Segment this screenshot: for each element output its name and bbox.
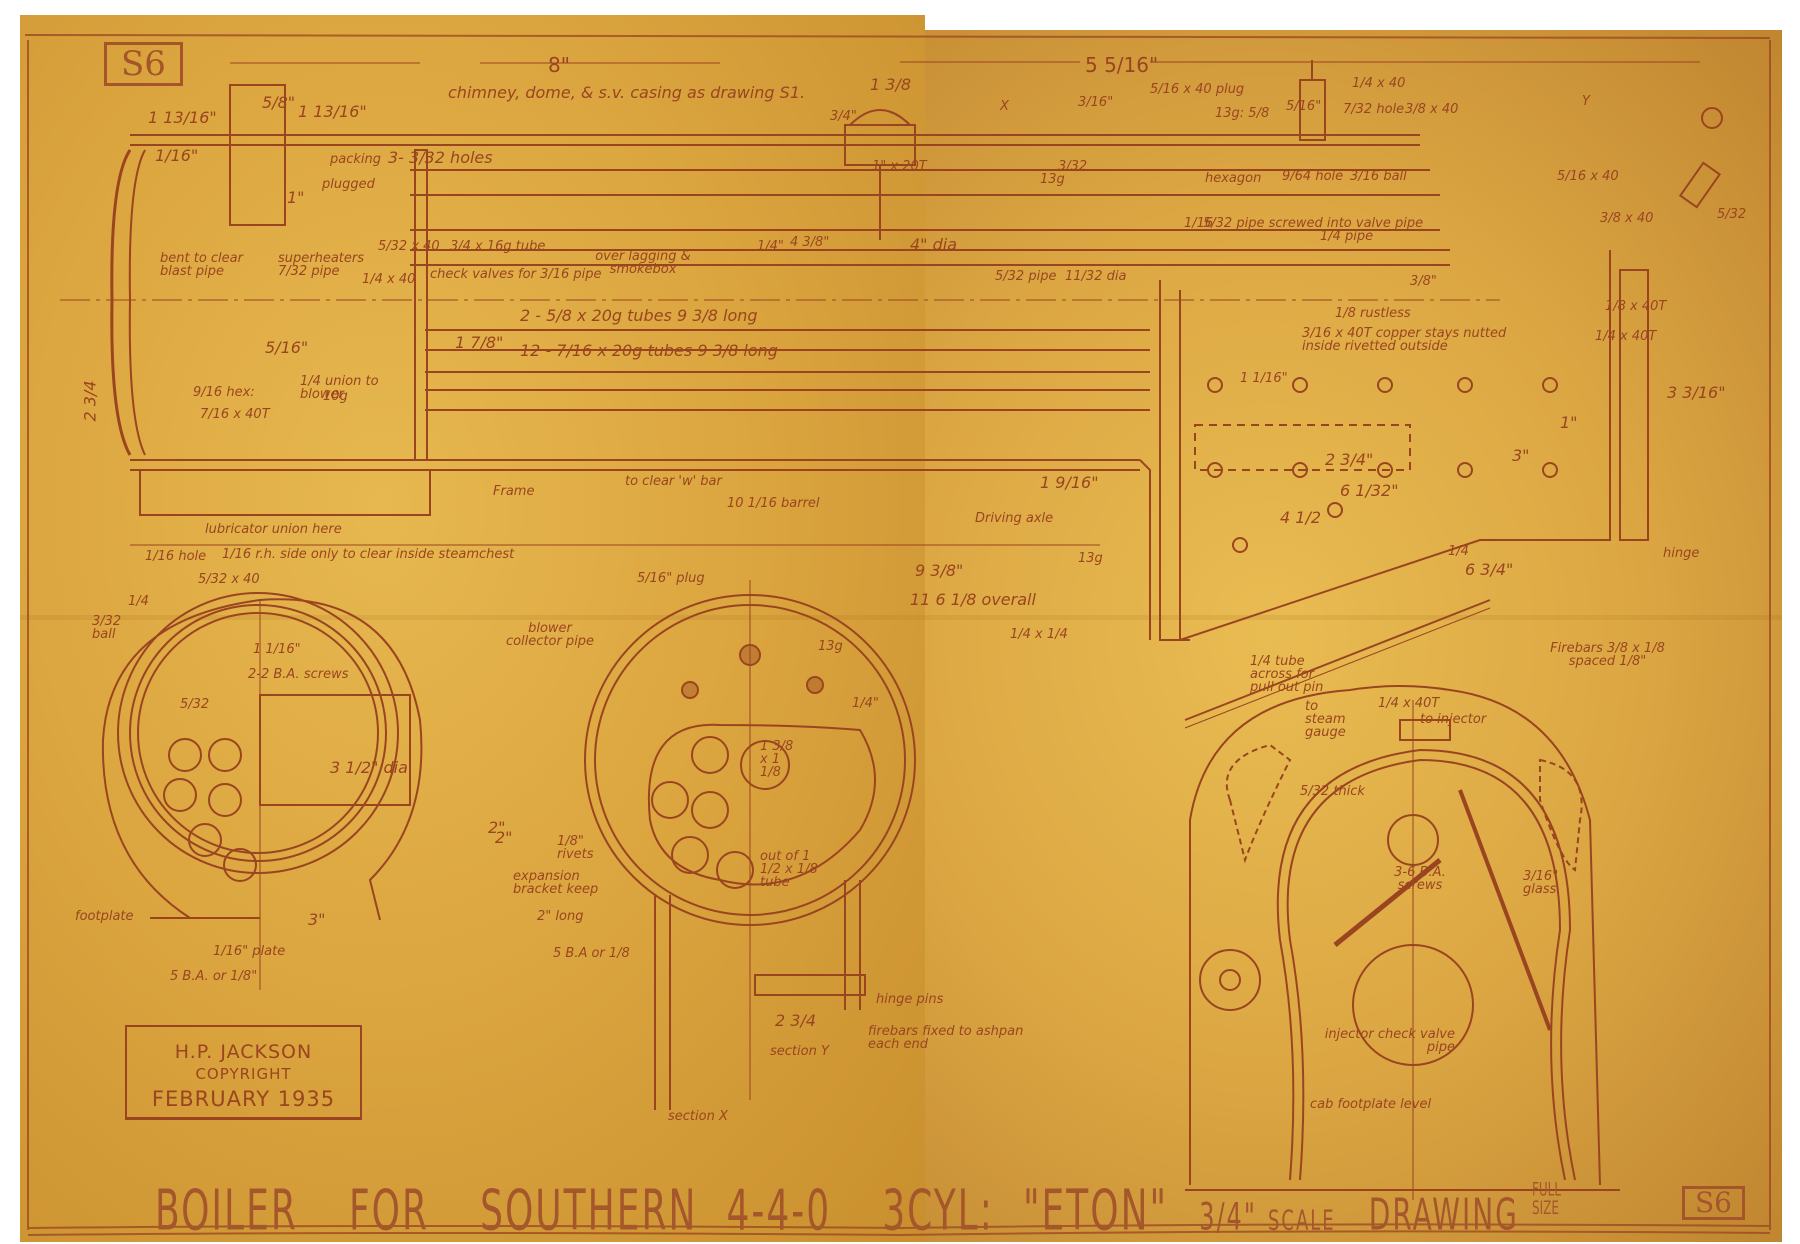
drawing-title: BOILER FOR SOUTHERN 4-4-0 3CYL: "ETON" 3… <box>155 1180 1567 1244</box>
note-1-4x40-top: 1/4 x 40 <box>1352 77 1405 90</box>
note-hinge: hinge <box>1663 547 1699 560</box>
bh-thick: 5/32 thick <box>1300 785 1365 798</box>
dim-1-1-16: 1 1/16" <box>1240 372 1288 385</box>
note-holes: 3- 3/32 holes <box>388 150 493 166</box>
note-lagging: over lagging & smokebox <box>593 250 693 276</box>
sb-dia: 3 1/2" dia <box>330 760 408 776</box>
sx-blower: blower collector pipe <box>500 622 600 648</box>
sb-5-32: 5/32 <box>180 698 209 711</box>
sx-2-3-4: 2 3/4 <box>775 1013 816 1029</box>
dim-13g: 13g <box>1040 173 1065 186</box>
sx-out-of: out of 1 1/2 x 1/8 tube <box>760 850 820 889</box>
note-1-4x40: 1/4 x 40 <box>362 273 415 286</box>
note-barrel: 10 1/16 barrel <box>727 497 820 510</box>
dim-overall-top: 8" <box>548 55 570 75</box>
title-word-1: BOILER <box>155 1180 298 1244</box>
dim-2-3-4: 2 3/4" <box>1325 452 1373 468</box>
section-y-label: section Y <box>770 1045 829 1058</box>
sb-5-32x40: 5/32 x 40 <box>198 573 260 586</box>
note-overall: 11 6 1/8 overall <box>910 592 1036 608</box>
note-9-64-hole: 9/64 hole <box>1282 170 1343 183</box>
note-chimney: chimney, dome, & s.v. casing as drawing … <box>448 85 805 101</box>
note-1x20t: 1" x 20T <box>872 160 927 173</box>
note-13g-5-8: 13g: 5/8 <box>1215 107 1269 120</box>
sx-plug: 5/16" plug <box>637 572 705 585</box>
sb-3: 3" <box>308 912 326 928</box>
note-5-16x40: 5/16 x 40 <box>1557 170 1619 183</box>
note-bent: bent to clear blast pipe <box>160 252 250 278</box>
date: FEBRUARY 1935 <box>127 1087 360 1111</box>
note-firebars: Firebars 3/8 x 1/8 spaced 1/8" <box>1545 642 1670 668</box>
dim-9-3-8: 9 3/8" <box>915 563 963 579</box>
note-5-32x40: 5/32 x 40 <box>378 240 440 253</box>
sx-2-long: 2" long <box>537 910 583 923</box>
section-x <box>585 580 915 1110</box>
sx-1-3-8: 1 3/8 x 1 1/8 <box>760 740 800 779</box>
note-w-bar: to clear 'w' bar <box>625 475 722 488</box>
bh-1-4x40t: 1/4 x 40T <box>1378 697 1439 710</box>
note-superheaters: superheaters 7/32 pipe <box>278 252 373 278</box>
sx-hinge-pins: hinge pins <box>876 993 943 1006</box>
section-x-label: section X <box>668 1110 728 1123</box>
sx-ba: 5 B.A or 1/8 <box>553 947 630 960</box>
scale-word: SCALE <box>1268 1205 1336 1238</box>
dim-1: 1" <box>1560 415 1578 431</box>
sx-13g: 13g <box>818 640 843 653</box>
note-11-32-dia: 11/32 dia <box>1065 270 1126 283</box>
note-5-16: 5/16" <box>1286 100 1321 113</box>
note-hexagon: hexagon <box>1205 172 1261 185</box>
sheet-id-bottom: S6 <box>1682 1186 1745 1220</box>
dim-left-1: 1 13/16" <box>148 110 217 126</box>
note-frame: Frame <box>493 485 534 498</box>
sb-ball: 3/32 ball <box>92 615 132 641</box>
dim-3-8x40-right: 3/8 x 40 <box>1600 212 1653 225</box>
dim-5-32-right: 5/32 <box>1717 208 1746 221</box>
note-3-8x40: 3/8 x 40 <box>1405 103 1458 116</box>
note-10g: 10g <box>323 390 348 403</box>
title-word-6: "ETON" <box>1023 1180 1168 1244</box>
note-small-tubes: 12 - 7/16 x 20g tubes 9 3/8 long <box>520 343 778 359</box>
title-word-3: SOUTHERN <box>480 1180 697 1244</box>
sx-firebars: firebars fixed to ashpan each end <box>868 1025 1033 1051</box>
bh-check-valve: injector check valve pipe <box>1315 1028 1455 1054</box>
bh-injector: to injector <box>1420 713 1486 726</box>
sb-plate: 1/16" plate <box>213 945 285 958</box>
sx-bracket: expansion bracket keep <box>513 870 603 896</box>
dim-4-3-8: 4 3/8" <box>790 236 829 249</box>
dim-1-4: 1/4 <box>1448 545 1469 558</box>
sx-rivets: 1/8" rivets <box>557 835 602 861</box>
sb-1-4: 1/4 <box>128 595 149 608</box>
dim-3-32: 3/32 <box>1058 160 1087 173</box>
dim-6-1-32: 6 1/32" <box>1340 483 1399 499</box>
note-4-dia: 4" dia <box>910 237 957 253</box>
sb-ba: 5 B.A. or 1/8" <box>170 970 257 983</box>
note-rh-side: 1/16 r.h. side only to clear inside stea… <box>222 548 514 561</box>
note-1-8x40t: 1/8 x 40T <box>1605 300 1666 313</box>
dim-1-7-8: 1 7/8" <box>455 335 503 351</box>
note-5-32-pipe: 5/32 pipe <box>995 270 1056 283</box>
note-7-16x40t: 7/16 x 40T <box>200 408 270 421</box>
note-tube: 3/4 x 16g tube <box>450 240 545 253</box>
note-1-16: 1/16 <box>1184 217 1213 230</box>
title-block: H.P. JACKSON COPYRIGHT FEBRUARY 1935 <box>125 1025 362 1120</box>
dim-one-inch: 1" <box>287 190 305 206</box>
sb-1-1-16: 1 1/16" <box>253 643 301 656</box>
dim-1-9-16: 1 9/16" <box>1040 475 1099 491</box>
note-1-4x40t: 1/4 x 40T <box>1595 330 1656 343</box>
sb-footplate: footplate <box>75 910 134 923</box>
title-word-4: 4-4-0 <box>726 1180 831 1244</box>
copyright: COPYRIGHT <box>127 1065 360 1083</box>
dim-4-1-2: 4 1/2 <box>1280 510 1321 526</box>
note-lubricator: lubricator union here <box>205 523 342 536</box>
note-3-8: 3/8" <box>1410 275 1437 288</box>
sx-2: 2" <box>488 820 506 836</box>
dim-3-4: 3/4" <box>830 110 857 123</box>
drawing-word: DRAWING <box>1369 1189 1519 1240</box>
title-word-2: FOR <box>349 1180 429 1244</box>
marker-y: Y <box>1582 95 1590 108</box>
note-valve-pipe: 5/32 pipe screwed into valve pipe <box>1203 217 1423 230</box>
dim-3: 3" <box>1512 448 1530 464</box>
note-plugged: plugged <box>322 178 375 191</box>
dim-height-left: 2 3/4 <box>83 380 99 421</box>
dim-5-16: 5/16" <box>265 340 308 356</box>
author: H.P. JACKSON <box>127 1041 360 1063</box>
dim-quarter: 1/4" <box>757 240 784 253</box>
sheet-id-top: S6 <box>104 42 183 86</box>
note-hex: 9/16 hex: <box>193 386 255 399</box>
sx-1-4: 1/4" <box>852 697 879 710</box>
note-packing: packing <box>330 153 381 166</box>
sb-screws: 2-2 B.A. screws <box>248 668 348 681</box>
note-7-32-hole: 7/32 hole <box>1343 103 1404 116</box>
dim-left-3: 1 13/16" <box>298 104 367 120</box>
scale-fraction: 3/4" <box>1199 1196 1257 1239</box>
note-check-valves: check valves for 3/16 pipe <box>430 268 602 281</box>
full-size-line1: FULL <box>1532 1180 1561 1199</box>
bh-steam-gauge: to steam gauge <box>1305 700 1360 739</box>
backhead-view <box>1185 686 1620 1200</box>
note-driving-axle: Driving axle <box>975 512 1053 525</box>
dim-left-2: 5/8" <box>262 95 295 111</box>
note-rustless: 1/8 rustless <box>1335 307 1411 320</box>
note-3-16-ball: 3/16 ball <box>1350 170 1407 183</box>
firebox-stays-icon <box>1195 378 1557 552</box>
note-plug: 5/16 x 40 plug <box>1150 83 1244 96</box>
dim-3-16: 3/16" <box>1078 96 1113 109</box>
note-copper-stays: 3/16 x 40T copper stays nutted inside ri… <box>1302 327 1522 353</box>
bh-glass: 3/16" glass <box>1523 870 1568 896</box>
note-quarter-square: 1/4 x 1/4 <box>1010 628 1068 641</box>
note-1-4-pipe: 1/4 pipe <box>1320 230 1373 243</box>
note-13g: 13g <box>1078 552 1103 565</box>
bh-screws: 3-6 B.A. screws <box>1390 866 1450 892</box>
sb-hole: 1/16 hole <box>145 550 206 563</box>
bh-cab-footplate: cab footplate level <box>1310 1098 1431 1111</box>
note-pull-out-pin: 1/4 tube across for pull out pin <box>1250 655 1340 694</box>
dim-3-3-16: 3 3/16" <box>1667 385 1726 401</box>
marker-x: X <box>1000 100 1009 113</box>
dim-6-3-4: 6 3/4" <box>1465 562 1513 578</box>
dim-left-4: 1/16" <box>155 148 198 164</box>
full-size: FULLSIZE <box>1532 1180 1561 1217</box>
title-word-5: 3CYL: <box>882 1180 994 1244</box>
dim-firebox-top: 5 5/16" <box>1085 55 1158 75</box>
note-large-tubes: 2 - 5/8 x 20g tubes 9 3/8 long <box>520 308 758 324</box>
full-size-line2: SIZE <box>1532 1199 1561 1218</box>
dim-dome: 1 3/8 <box>870 77 911 93</box>
